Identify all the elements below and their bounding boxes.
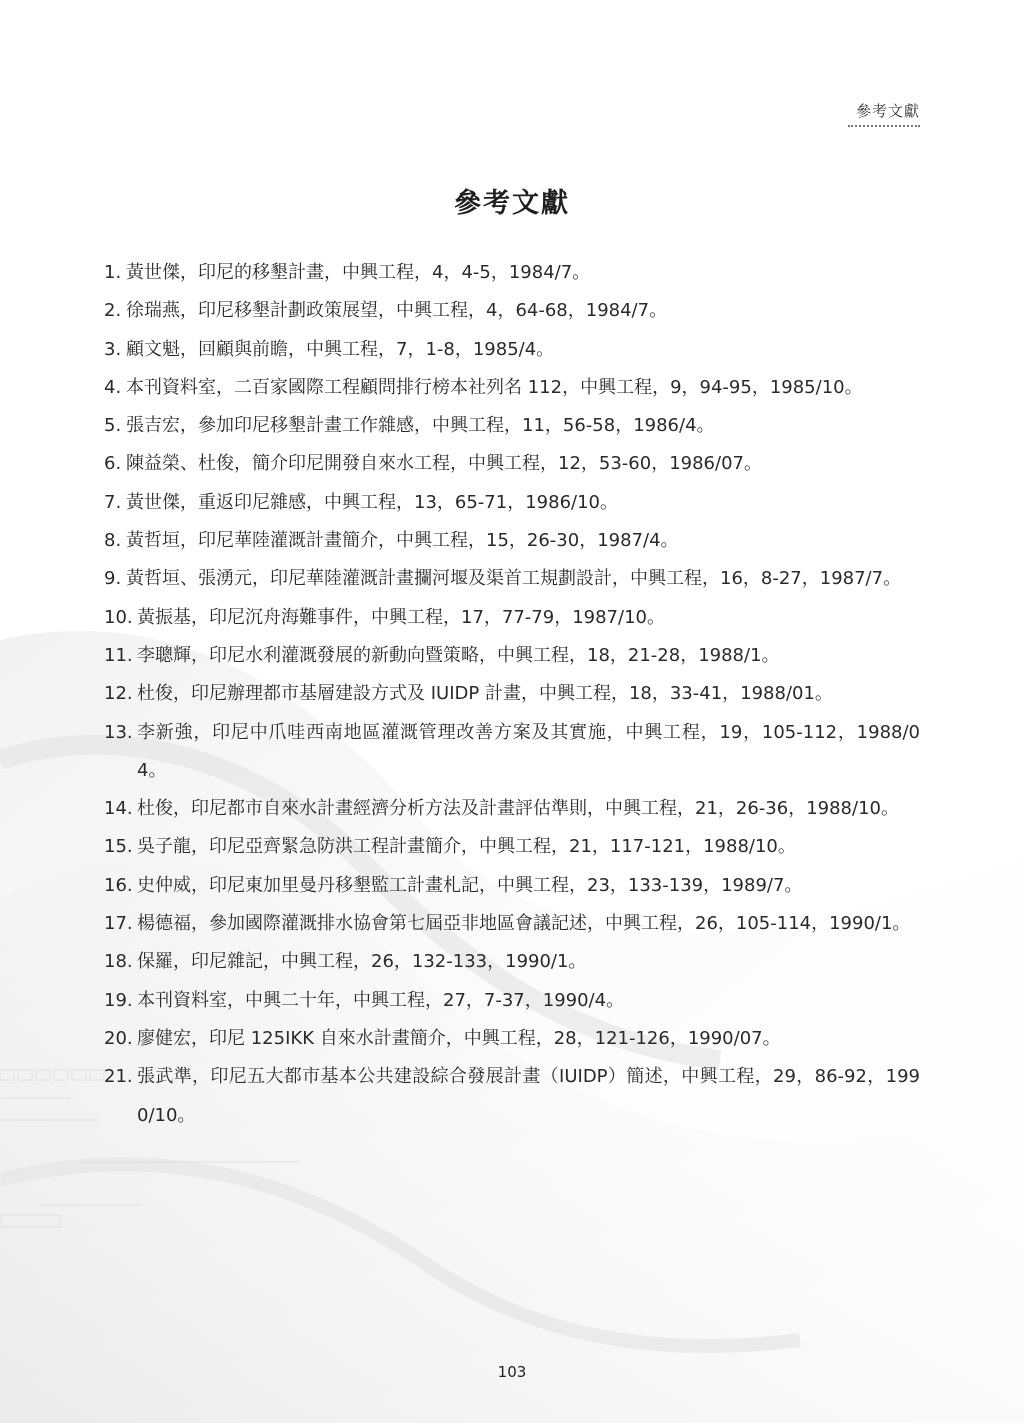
reference-number: 11. xyxy=(104,637,137,675)
reference-item: 18.保羅，印尼雜記，中興工程，26，132-133，1990/1。 xyxy=(104,943,920,981)
reference-text: 張武準，印尼五大都市基本公共建設綜合發展計畫（IUIDP）簡述，中興工程，29，… xyxy=(137,1058,920,1135)
page-title: 參考文獻 xyxy=(0,181,1024,220)
reference-item: 13.李新強，印尼中爪哇西南地區灌溉管理改善方案及其實施，中興工程，19，105… xyxy=(104,714,920,791)
reference-text: 陳益榮、杜俊，簡介印尼開發自來水工程，中興工程，12，53-60，1986/07… xyxy=(126,445,920,483)
reference-item: 9.黃哲垣、張湧元，印尼華陸灌溉計畫攔河堰及渠首工規劃設計，中興工程，16，8-… xyxy=(104,560,920,598)
reference-number: 13. xyxy=(104,714,137,791)
reference-item: 20.廖健宏，印尼 125IKK 自來水計畫簡介，中興工程，28，121-126… xyxy=(104,1020,920,1058)
reference-item: 7.黃世傑，重返印尼雜感，中興工程，13，65-71，1986/10。 xyxy=(104,484,920,522)
reference-number: 18. xyxy=(104,943,137,981)
reference-text: 楊德福，參加國際灌溉排水協會第七屆亞非地區會議記述，中興工程，26，105-11… xyxy=(137,905,920,943)
reference-text: 李聰輝，印尼水利灌溉發展的新動向暨策略，中興工程，18，21-28，1988/1… xyxy=(137,637,920,675)
reference-number: 12. xyxy=(104,675,137,713)
reference-number: 6. xyxy=(104,445,126,483)
reference-text: 黃振基，印尼沉舟海難事件，中興工程，17，77-79，1987/10。 xyxy=(137,599,920,637)
reference-item: 3.顧文魁，回顧與前瞻，中興工程，7，1-8，1985/4。 xyxy=(104,331,920,369)
reference-item: 1.黃世傑，印尼的移墾計畫，中興工程，4，4-5，1984/7。 xyxy=(104,254,920,292)
reference-text: 李新強，印尼中爪哇西南地區灌溉管理改善方案及其實施，中興工程，19，105-11… xyxy=(137,714,920,791)
reference-text: 黃哲垣，印尼華陸灌溉計畫簡介，中興工程，15，26-30，1987/4。 xyxy=(126,522,920,560)
reference-item: 16.史仲威，印尼東加里曼丹移墾監工計畫札記，中興工程，23，133-139，1… xyxy=(104,867,920,905)
reference-number: 8. xyxy=(104,522,126,560)
reference-text: 徐瑞燕，印尼移墾計劃政策展望，中興工程，4，64-68，1984/7。 xyxy=(126,292,920,330)
reference-number: 19. xyxy=(104,982,137,1020)
reference-list: 1.黃世傑，印尼的移墾計畫，中興工程，4，4-5，1984/7。 2.徐瑞燕，印… xyxy=(104,254,920,1135)
reference-number: 7. xyxy=(104,484,126,522)
reference-number: 21. xyxy=(104,1058,137,1135)
reference-text: 黃世傑，印尼的移墾計畫，中興工程，4，4-5，1984/7。 xyxy=(126,254,920,292)
reference-number: 3. xyxy=(104,331,126,369)
reference-item: 17.楊德福，參加國際灌溉排水協會第七屆亞非地區會議記述，中興工程，26，105… xyxy=(104,905,920,943)
reference-number: 2. xyxy=(104,292,126,330)
reference-number: 16. xyxy=(104,867,137,905)
reference-number: 9. xyxy=(104,560,126,598)
reference-item: 4.本刊資料室，二百家國際工程顧問排行榜本社列名 112，中興工程，9，94-9… xyxy=(104,369,920,407)
reference-number: 15. xyxy=(104,828,137,866)
reference-text: 黃哲垣、張湧元，印尼華陸灌溉計畫攔河堰及渠首工規劃設計，中興工程，16，8-27… xyxy=(126,560,920,598)
running-header: 參考文獻 xyxy=(848,100,920,127)
reference-text: 顧文魁，回顧與前瞻，中興工程，7，1-8，1985/4。 xyxy=(126,331,920,369)
reference-item: 11.李聰輝，印尼水利灌溉發展的新動向暨策略，中興工程，18，21-28，198… xyxy=(104,637,920,675)
reference-number: 1. xyxy=(104,254,126,292)
reference-item: 5.張吉宏，參加印尼移墾計畫工作雜感，中興工程，11，56-58，1986/4。 xyxy=(104,407,920,445)
reference-text: 廖健宏，印尼 125IKK 自來水計畫簡介，中興工程，28，121-126，19… xyxy=(137,1020,920,1058)
reference-number: 4. xyxy=(104,369,126,407)
reference-number: 20. xyxy=(104,1020,137,1058)
reference-text: 杜俊，印尼辦理都市基層建設方式及 IUIDP 計畫，中興工程，18，33-41，… xyxy=(137,675,920,713)
reference-item: 21.張武準，印尼五大都市基本公共建設綜合發展計畫（IUIDP）簡述，中興工程，… xyxy=(104,1058,920,1135)
reference-text: 史仲威，印尼東加里曼丹移墾監工計畫札記，中興工程，23，133-139，1989… xyxy=(137,867,920,905)
reference-item: 8.黃哲垣，印尼華陸灌溉計畫簡介，中興工程，15，26-30，1987/4。 xyxy=(104,522,920,560)
reference-item: 15.吳子龍，印尼亞齊緊急防洪工程計畫簡介，中興工程，21，117-121，19… xyxy=(104,828,920,866)
dotted-rule-divider xyxy=(848,125,920,127)
page-number: 103 xyxy=(0,1363,1024,1381)
reference-item: 19.本刊資料室，中興二十年，中興工程，27，7-37，1990/4。 xyxy=(104,982,920,1020)
reference-number: 10. xyxy=(104,599,137,637)
reference-item: 6.陳益榮、杜俊，簡介印尼開發自來水工程，中興工程，12，53-60，1986/… xyxy=(104,445,920,483)
reference-text: 保羅，印尼雜記，中興工程，26，132-133，1990/1。 xyxy=(137,943,920,981)
reference-number: 5. xyxy=(104,407,126,445)
reference-item: 10.黃振基，印尼沉舟海難事件，中興工程，17，77-79，1987/10。 xyxy=(104,599,920,637)
reference-text: 本刊資料室，中興二十年，中興工程，27，7-37，1990/4。 xyxy=(137,982,920,1020)
reference-text: 黃世傑，重返印尼雜感，中興工程，13，65-71，1986/10。 xyxy=(126,484,920,522)
reference-number: 14. xyxy=(104,790,137,828)
reference-item: 14.杜俊，印尼都市自來水計畫經濟分析方法及計畫評估準則，中興工程，21，26-… xyxy=(104,790,920,828)
reference-number: 17. xyxy=(104,905,137,943)
reference-item: 12.杜俊，印尼辦理都市基層建設方式及 IUIDP 計畫，中興工程，18，33-… xyxy=(104,675,920,713)
reference-text: 本刊資料室，二百家國際工程顧問排行榜本社列名 112，中興工程，9，94-95，… xyxy=(126,369,920,407)
running-header-title: 參考文獻 xyxy=(848,100,920,125)
reference-text: 吳子龍，印尼亞齊緊急防洪工程計畫簡介，中興工程，21，117-121，1988/… xyxy=(137,828,920,866)
reference-text: 杜俊，印尼都市自來水計畫經濟分析方法及計畫評估準則，中興工程，21，26-36，… xyxy=(137,790,920,828)
reference-item: 2.徐瑞燕，印尼移墾計劃政策展望，中興工程，4，64-68，1984/7。 xyxy=(104,292,920,330)
reference-text: 張吉宏，參加印尼移墾計畫工作雜感，中興工程，11，56-58，1986/4。 xyxy=(126,407,920,445)
